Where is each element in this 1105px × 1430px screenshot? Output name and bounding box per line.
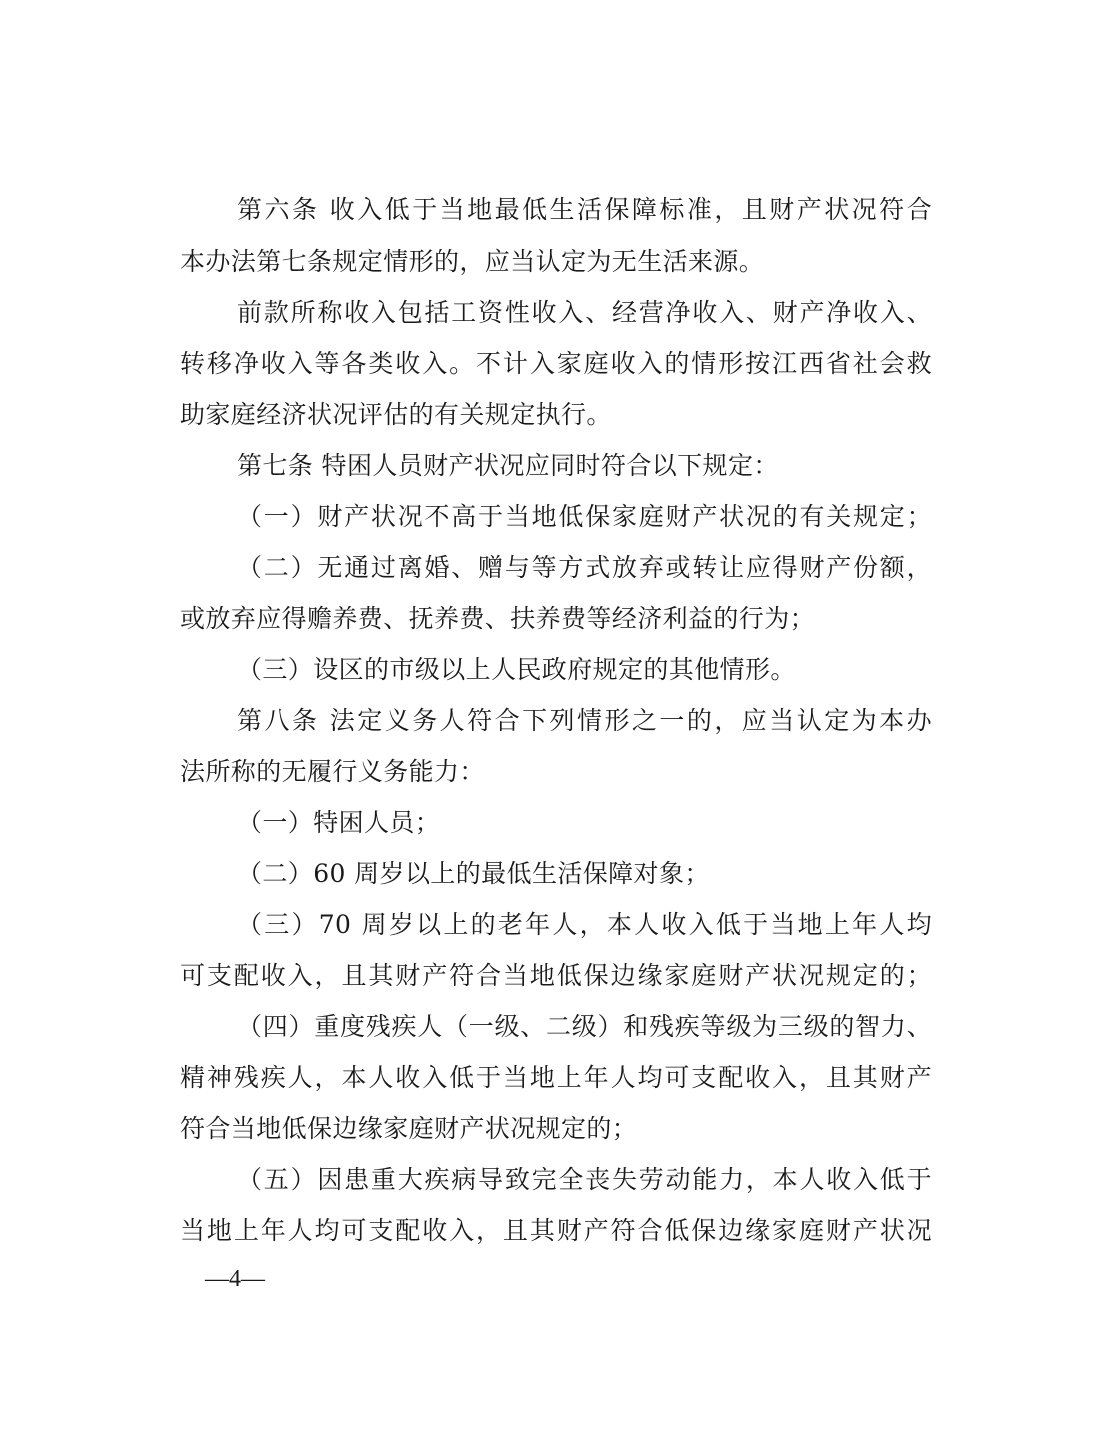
article-8-item-3-line-2: 可支配收入，且其财产符合当地低保边缘家庭财产状况规定的； [180,956,932,996]
document-page: 第六条 收入低于当地最低生活保障标准，且财产状况符合 本办法第七条规定情形的，应… [0,0,1105,1430]
article-6-para-2-line-3: 助家庭经济状况评估的有关规定执行。 [180,395,932,435]
article-6-para-2-line-1: 前款所称收入包括工资性收入、经营净收入、财产净收入、 [237,293,932,333]
article-8-line-2: 法所称的无履行义务能力： [180,752,932,792]
article-8-item-5-line-2: 当地上年人均可支配收入，且其财产符合低保边缘家庭财产状况 [180,1211,932,1251]
article-7-item-1: （一）财产状况不高于当地低保家庭财产状况的有关规定； [237,497,932,537]
article-8-item-3-line-1: （三）70 周岁以上的老年人，本人收入低于当地上年人均 [237,905,932,945]
article-7-item-3: （三）设区的市级以上人民政府规定的其他情形。 [237,650,932,690]
article-8-item-4-line-3: 符合当地低保边缘家庭财产状况规定的； [180,1109,932,1149]
article-8-item-4-line-1: （四）重度残疾人（一级、二级）和残疾等级为三级的智力、 [237,1007,932,1047]
article-8-item-2: （二）60 周岁以上的最低生活保障对象； [237,854,932,894]
article-7-item-2-line-1: （二）无通过离婚、赠与等方式放弃或转让应得财产份额， [237,548,932,588]
article-8-line-1: 第八条 法定义务人符合下列情形之一的，应当认定为本办 [237,701,932,741]
article-8-item-1: （一）特困人员； [237,803,932,843]
article-6-para-2-line-2: 转移净收入等各类收入。不计入家庭收入的情形按江西省社会救 [180,344,932,384]
page-number: —4— [205,1262,265,1296]
article-7-item-2-line-2: 或放弃应得赡养费、抚养费、扶养费等经济利益的行为； [180,599,932,639]
article-7-heading: 第七条 特困人员财产状况应同时符合以下规定： [237,446,932,486]
article-6-line-2: 本办法第七条规定情形的，应当认定为无生活来源。 [180,242,932,282]
article-6-line-1: 第六条 收入低于当地最低生活保障标准，且财产状况符合 [237,190,932,230]
article-8-item-4-line-2: 精神残疾人，本人收入低于当地上年人均可支配收入，且其财产 [180,1058,932,1098]
article-8-item-5-line-1: （五）因患重大疾病导致完全丧失劳动能力，本人收入低于 [237,1160,932,1200]
